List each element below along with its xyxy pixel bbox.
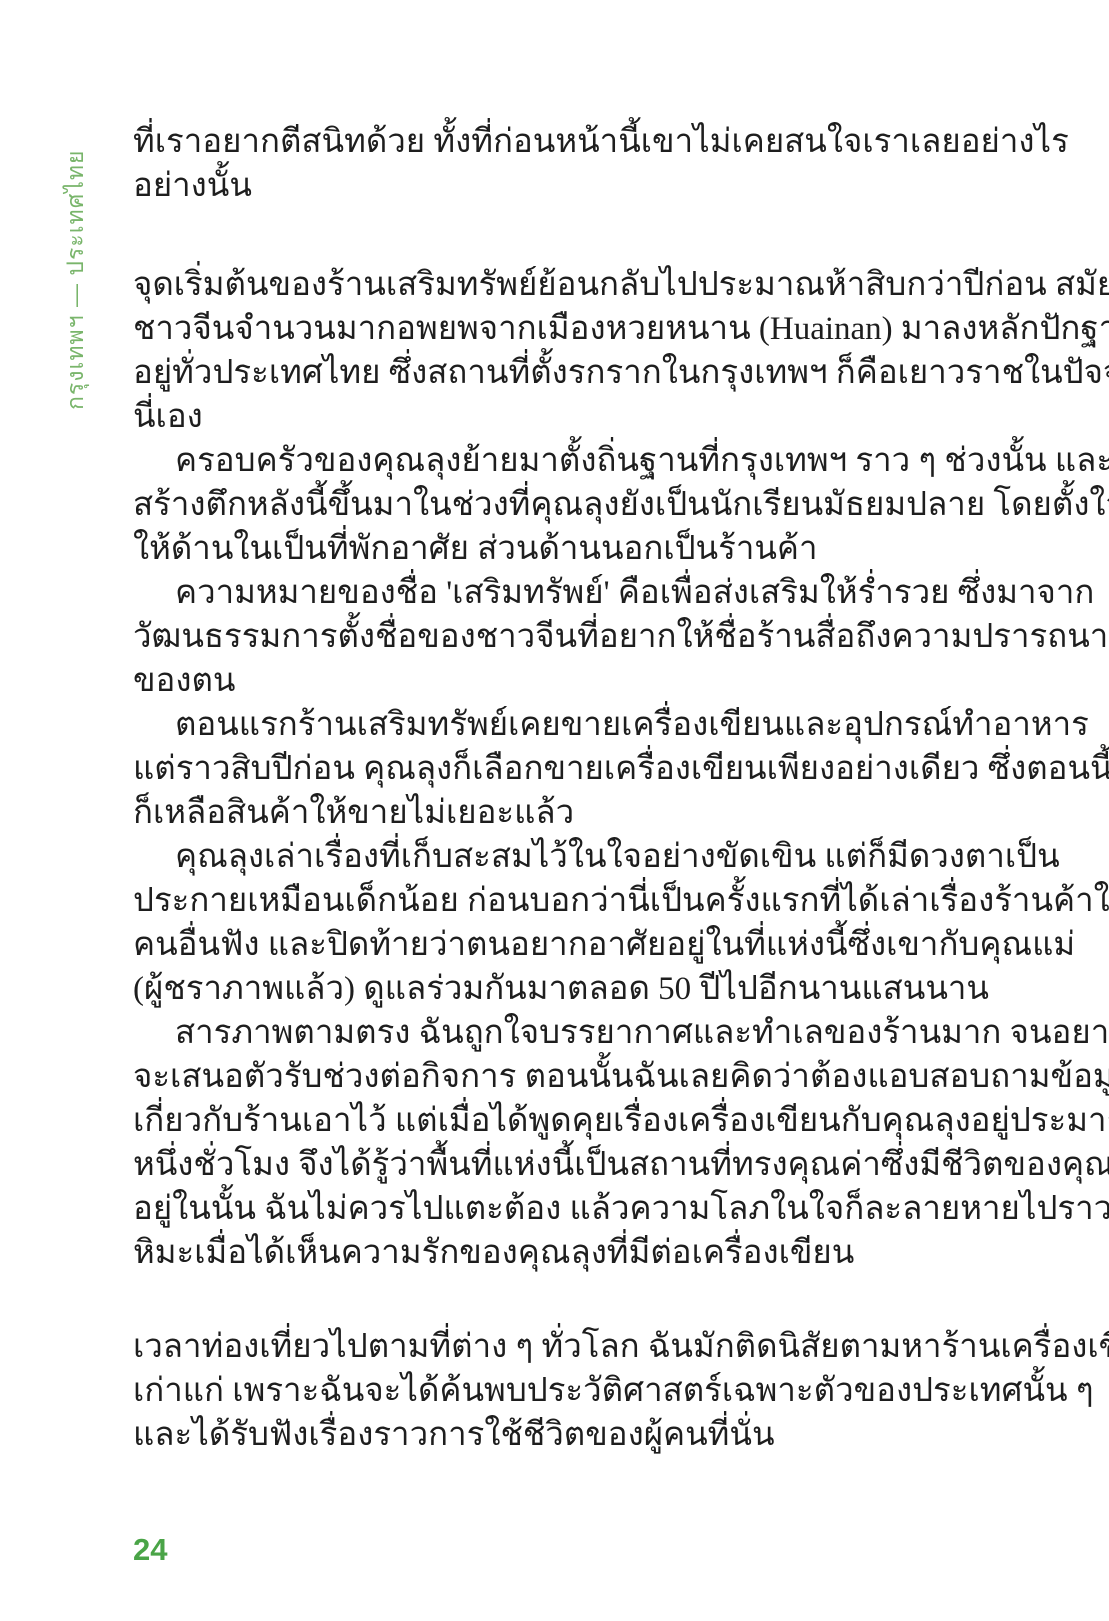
paragraph: เวลาท่องเที่ยวไปตามที่ต่าง ๆ ทั่วโลก ฉัน… [133,1325,913,1457]
text-line: หิมะเมื่อได้เห็นความรักของคุณลุงที่มีต่อ… [133,1231,913,1275]
text-line: แต่ราวสิบปีก่อน คุณลุงก็เลือกขายเครื่องเ… [133,747,913,791]
text-line: สร้างตึกหลังนี้ขึ้นมาในช่วงที่คุณลุงยังเ… [133,483,913,527]
text-line: ตอนแรกร้านเสริมทรัพย์เคยขายเครื่องเขียนแ… [133,703,913,747]
book-page: กรุงเทพฯ — ประเทศไทย ที่เราอยากตีสนิทด้ว… [0,0,1109,1621]
sidebar-chapter-label: กรุงเทพฯ — ประเทศไทย [52,95,92,410]
paragraph: ตอนแรกร้านเสริมทรัพย์เคยขายเครื่องเขียนแ… [133,703,913,835]
text-line: คุณลุงเล่าเรื่องที่เก็บสะสมไว้ในใจอย่างข… [133,835,913,879]
paragraph: คุณลุงเล่าเรื่องที่เก็บสะสมไว้ในใจอย่างข… [133,835,913,1011]
paragraph: สารภาพตามตรง ฉันถูกใจบรรยากาศและทำเลของร… [133,1011,913,1275]
text-line: เกี่ยวกับร้านเอาไว้ แต่เมื่อได้พูดคุยเรื… [133,1099,913,1143]
page-number: 24 [133,1532,167,1568]
paragraph: ความหมายของชื่อ 'เสริมทรัพย์' คือเพื่อส่… [133,571,913,703]
text-line: ครอบครัวของคุณลุงย้ายมาตั้งถิ่นฐานที่กรุ… [133,439,913,483]
text-line: อย่างนั้น [133,164,913,208]
text-line: คนอื่นฟัง และปิดท้ายว่าตนอยากอาศัยอยู่ใน… [133,923,913,967]
paragraph: จุดเริ่มต้นของร้านเสริมทรัพย์ย้อนกลับไปป… [133,263,913,439]
text-line: ก็เหลือสินค้าให้ขายไม่เยอะแล้ว [133,791,913,835]
text-line: เวลาท่องเที่ยวไปตามที่ต่าง ๆ ทั่วโลก ฉัน… [133,1325,913,1369]
text-line: สารภาพตามตรง ฉันถูกใจบรรยากาศและทำเลของร… [133,1011,913,1055]
text-line: จะเสนอตัวรับช่วงต่อกิจการ ตอนนั้นฉันเลยค… [133,1055,913,1099]
text-line: ความหมายของชื่อ 'เสริมทรัพย์' คือเพื่อส่… [133,571,913,615]
text-line: หนึ่งชั่วโมง จึงได้รู้ว่าพื้นที่แห่งนี้เ… [133,1143,913,1187]
text-line: จุดเริ่มต้นของร้านเสริมทรัพย์ย้อนกลับไปป… [133,263,913,307]
text-line: นี่เอง [133,395,913,439]
text-line: ให้ด้านในเป็นที่พักอาศัย ส่วนด้านนอกเป็น… [133,527,913,571]
text-line: วัฒนธรรมการตั้งชื่อของชาวจีนที่อยากให้ชื… [133,615,913,659]
paragraph: ที่เราอยากตีสนิทด้วย ทั้งที่ก่อนหน้านี้เ… [133,120,913,208]
paragraph: ครอบครัวของคุณลุงย้ายมาตั้งถิ่นฐานที่กรุ… [133,439,913,571]
text-line: (ผู้ชราภาพแล้ว) ดูแลร่วมกันมาตลอด 50 ปีไ… [133,967,913,1011]
body-text: ที่เราอยากตีสนิทด้วย ทั้งที่ก่อนหน้านี้เ… [133,120,913,1457]
text-line: และได้รับฟังเรื่องราวการใช้ชีวิตของผู้คน… [133,1413,913,1457]
text-line: อยู่ทั่วประเทศไทย ซึ่งสถานที่ตั้งรกรากใน… [133,351,913,395]
text-line: ที่เราอยากตีสนิทด้วย ทั้งที่ก่อนหน้านี้เ… [133,120,913,164]
text-line: อยู่ในนั้น ฉันไม่ควรไปแตะต้อง แล้วความโล… [133,1187,913,1231]
text-line: ประกายเหมือนเด็กน้อย ก่อนบอกว่านี่เป็นคร… [133,879,913,923]
text-line: ของตน [133,659,913,703]
text-line: เก่าแก่ เพราะฉันจะได้ค้นพบประวัติศาสตร์เ… [133,1369,913,1413]
text-line: ชาวจีนจำนวนมากอพยพจากเมืองหวยหนาน (Huain… [133,307,913,351]
sidebar-chapter-label-text: กรุงเทพฯ — ประเทศไทย [58,149,94,410]
